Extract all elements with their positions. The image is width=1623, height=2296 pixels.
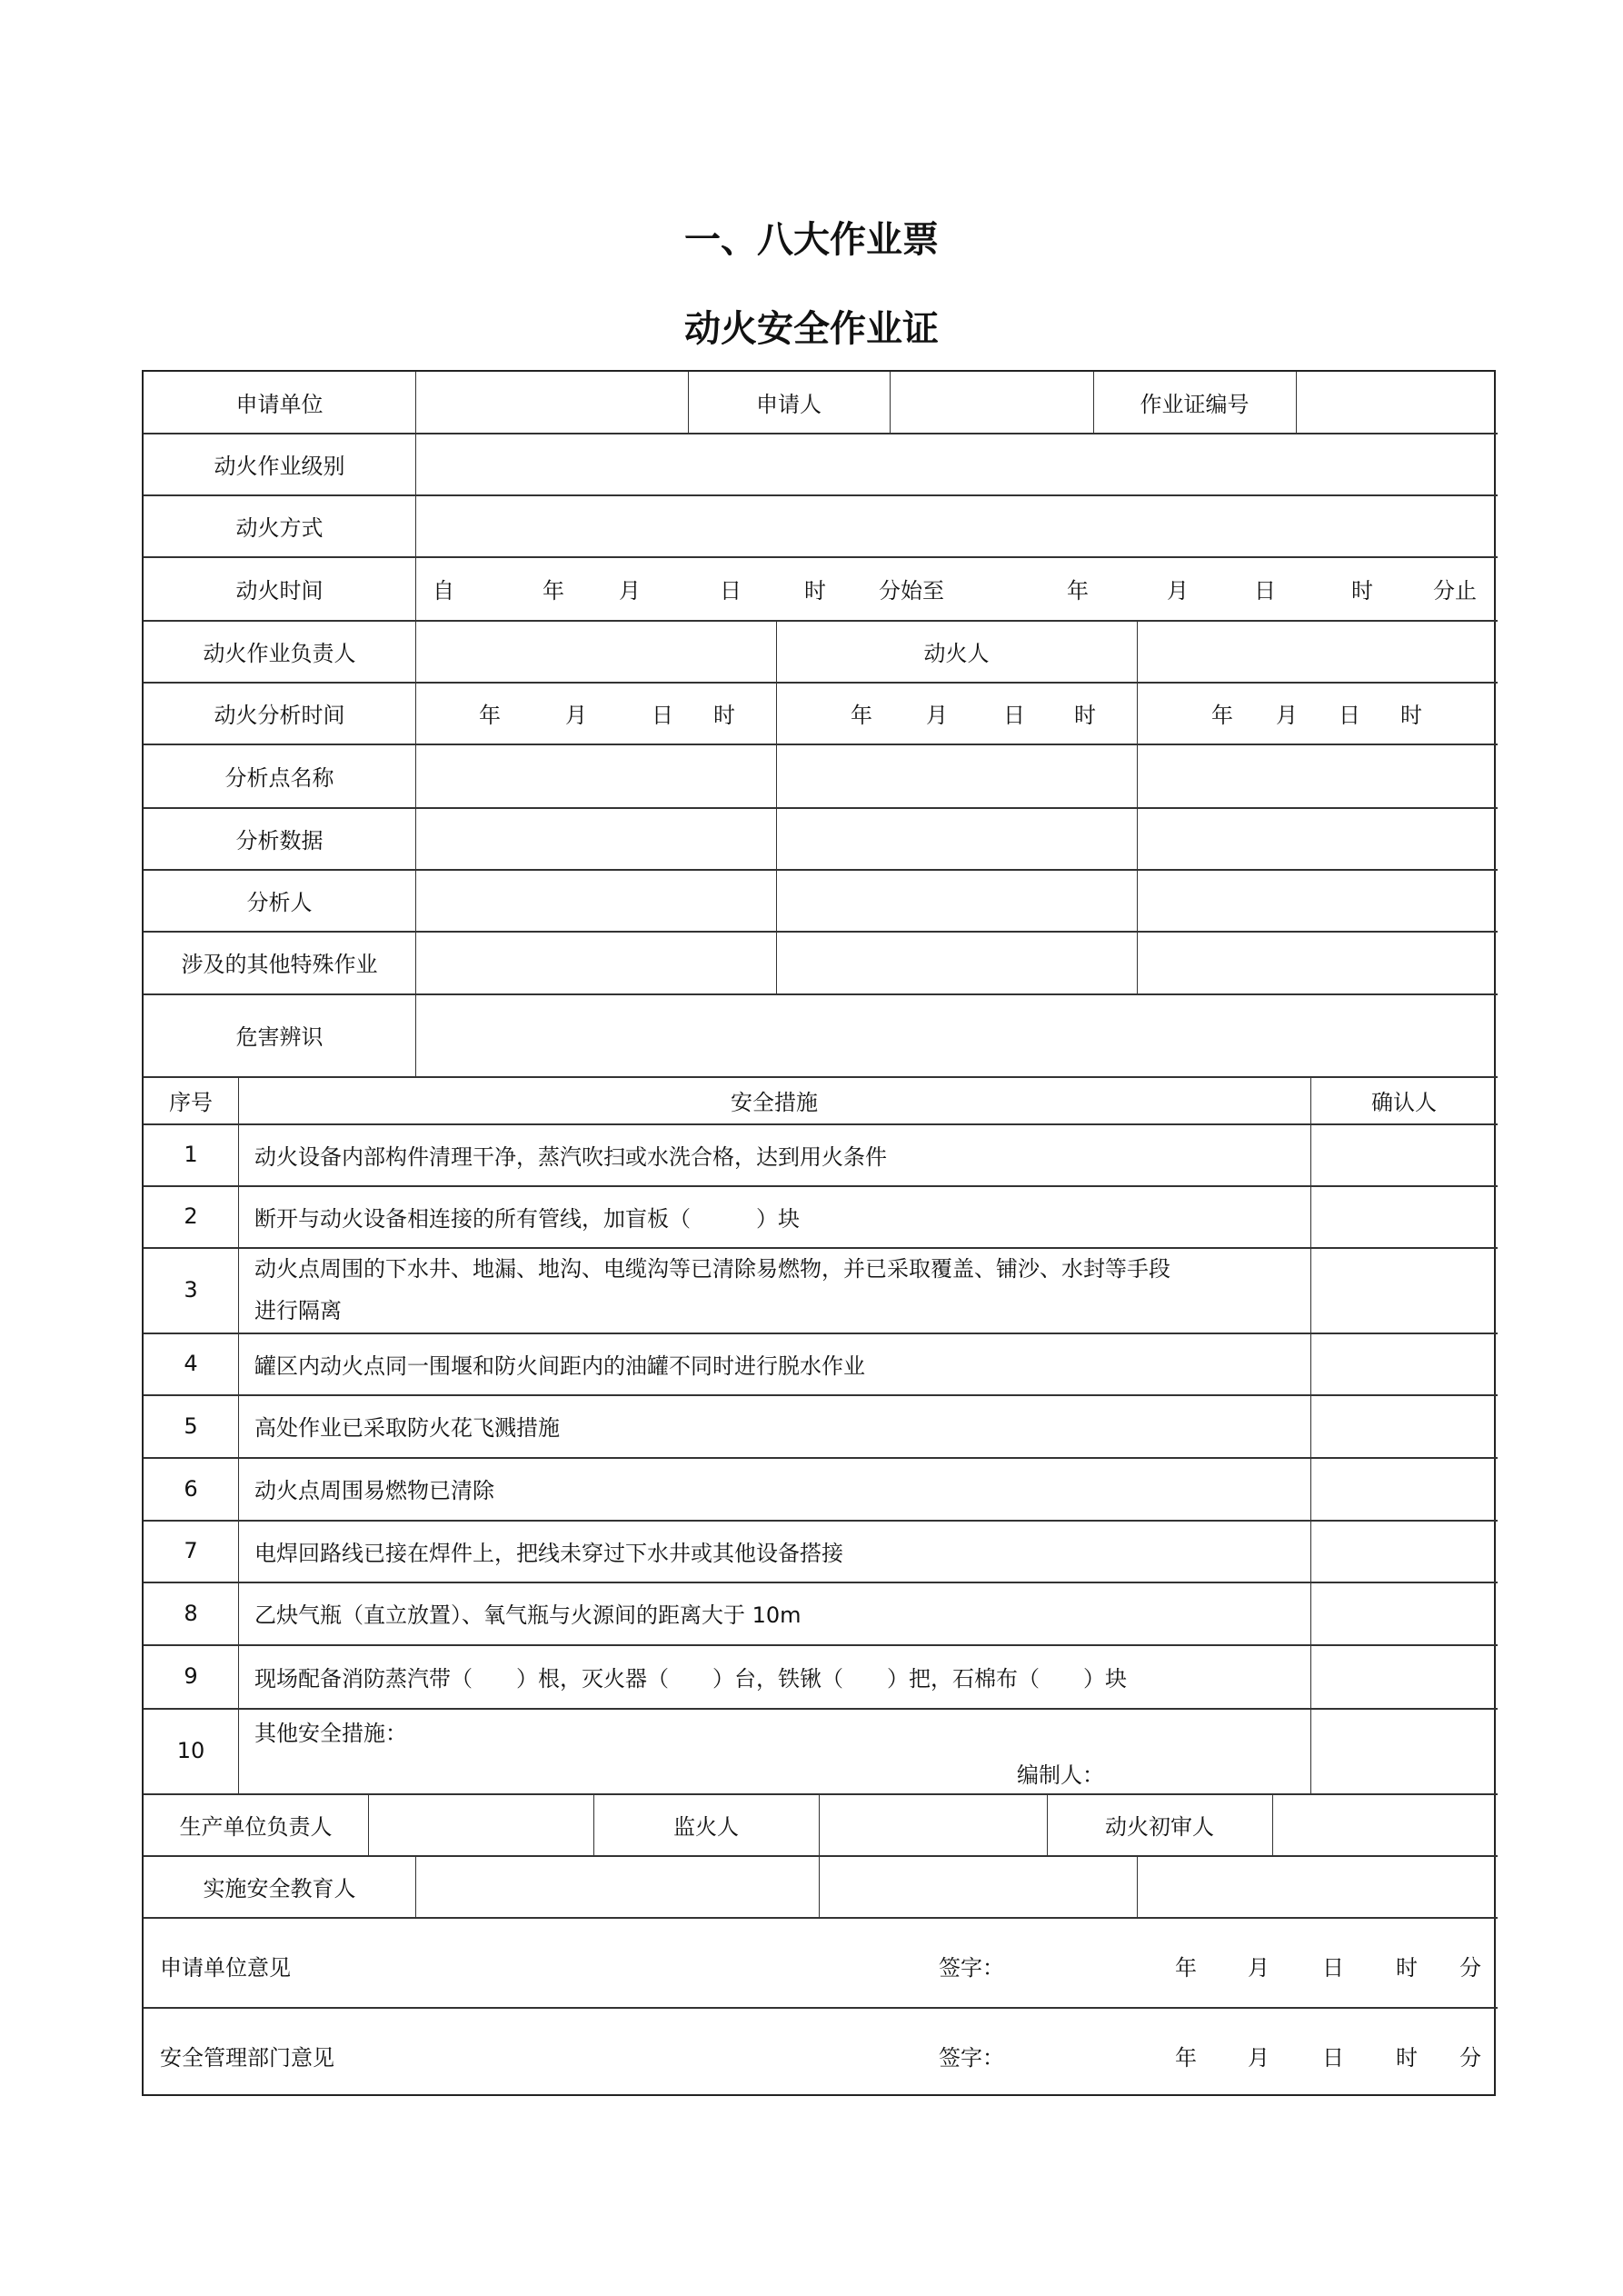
applicant-opinion-row[interactable]: 申请单位意见 签字： 年 月 日 时 分 — [144, 1917, 1498, 2007]
applicant-opinion-label: 申请单位意见 — [160, 1950, 291, 1982]
hour: 时 — [713, 697, 735, 729]
permit-no-label: 作业证编号 — [1093, 372, 1296, 433]
permit-no-field[interactable] — [1296, 372, 1498, 433]
measure-text: 罐区内动火点同一围堰和防火间距内的油罐不同时进行脱水作业 — [238, 1333, 1310, 1394]
section-title: 一、八大作业票 — [0, 211, 1623, 263]
day: 日 — [652, 697, 673, 729]
measure-confirm[interactable] — [1310, 1247, 1498, 1333]
hour: 时 — [1400, 697, 1422, 729]
measure-no: 6 — [144, 1457, 238, 1520]
measure-no: 7 — [144, 1520, 238, 1582]
measure-confirm[interactable] — [1310, 1457, 1498, 1520]
measure-text: 动火设备内部构件清理干净，蒸汽吹扫或水洗合格，达到用火条件 — [238, 1123, 1310, 1185]
month: 月 — [926, 697, 948, 729]
analysis-data-field-3[interactable] — [1137, 807, 1498, 869]
analysis-time-2[interactable]: 年 月 日 时 — [776, 682, 1137, 744]
month: 月 — [1248, 2040, 1270, 2071]
day: 日 — [1339, 697, 1360, 729]
sign-label: 签字： — [939, 1950, 1004, 1982]
worker-field[interactable] — [1137, 620, 1498, 682]
year: 年 — [479, 697, 501, 729]
time-month-end: 月 — [1167, 573, 1189, 604]
other-special-label: 涉及的其他特殊作业 — [144, 931, 415, 993]
time-hour-end: 时 — [1351, 573, 1373, 604]
measure-no: 1 — [144, 1123, 238, 1185]
initial-review-field[interactable] — [1272, 1793, 1498, 1855]
hour: 时 — [1396, 1950, 1418, 1982]
analyst-label: 分析人 — [144, 869, 415, 931]
other-measures-label: 其他安全措施： — [254, 1715, 407, 1747]
applicant-label: 申请人 — [688, 372, 890, 433]
measure-confirm[interactable] — [1310, 1333, 1498, 1394]
compiler-label: 编制人： — [1017, 1757, 1104, 1789]
measure-confirm[interactable] — [1310, 1185, 1498, 1247]
safety-dept-opinion-row[interactable]: 安全管理部门意见 签字： 年 月 日 时 分 — [144, 2007, 1498, 2096]
initial-review-label: 动火初审人 — [1047, 1793, 1272, 1855]
hour: 时 — [1074, 697, 1096, 729]
measure-line-2: 进行隔离 — [254, 1290, 342, 1332]
leader-field[interactable] — [415, 620, 776, 682]
minute: 分 — [1459, 1950, 1481, 1982]
form-title: 动火安全作业证 — [0, 300, 1623, 352]
measures-no-header: 序号 — [144, 1076, 238, 1123]
analysis-point-field-2[interactable] — [776, 744, 1137, 807]
analysis-data-field-1[interactable] — [415, 807, 776, 869]
measure-confirm[interactable] — [1310, 1520, 1498, 1582]
analysis-data-label: 分析数据 — [144, 807, 415, 869]
time-day-end: 日 — [1254, 573, 1276, 604]
fire-watcher-label: 监火人 — [593, 1793, 819, 1855]
year: 年 — [1211, 697, 1233, 729]
measure-confirm[interactable] — [1310, 1394, 1498, 1457]
level-label: 动火作业级别 — [144, 433, 415, 494]
applicant-unit-label: 申请单位 — [144, 372, 415, 433]
time-min-start: 分始至 — [879, 573, 944, 604]
day: 日 — [1322, 1950, 1344, 1982]
education-label: 实施安全教育人 — [144, 1855, 415, 1917]
other-special-field-3[interactable] — [1137, 931, 1498, 993]
measure-no: 3 — [144, 1247, 238, 1333]
time-month: 月 — [619, 573, 641, 604]
time-year-end: 年 — [1067, 573, 1089, 604]
analysis-time-3[interactable]: 年 月 日 时 — [1137, 682, 1498, 744]
measures-header: 安全措施 — [238, 1076, 1310, 1123]
analysis-time-1[interactable]: 年 月 日 时 — [415, 682, 776, 744]
other-special-field-1[interactable] — [415, 931, 776, 993]
time-from: 自 — [433, 573, 454, 604]
time-hour: 时 — [804, 573, 826, 604]
hazard-label: 危害辨识 — [144, 993, 415, 1076]
analysis-point-label: 分析点名称 — [144, 744, 415, 807]
safety-dept-opinion-label: 安全管理部门意见 — [160, 2040, 334, 2071]
measure-no: 5 — [144, 1394, 238, 1457]
analyst-field-2[interactable] — [776, 869, 1137, 931]
time-min-end: 分止 — [1433, 573, 1477, 604]
worker-label: 动火人 — [776, 620, 1137, 682]
time-label: 动火时间 — [144, 556, 415, 620]
fire-watcher-field[interactable] — [819, 1793, 1047, 1855]
measure-text: 现场配备消防蒸汽带（ ）根，灭火器（ ）台，铁锹（ ）把，石棉布（ ）块 — [238, 1644, 1310, 1708]
prod-leader-field[interactable] — [368, 1793, 593, 1855]
measure-confirm[interactable] — [1310, 1123, 1498, 1185]
leader-label: 动火作业负责人 — [144, 620, 415, 682]
education-field-3[interactable] — [1137, 1855, 1498, 1917]
measure-no: 2 — [144, 1185, 238, 1247]
method-label: 动火方式 — [144, 494, 415, 556]
measure-line-1: 动火点周围的下水井、地漏、地沟、电缆沟等已清除易燃物，并已采取覆盖、铺沙、水封等… — [254, 1248, 1170, 1290]
confirm-header: 确认人 — [1310, 1076, 1498, 1123]
hot-work-permit-table: 申请单位 申请人 作业证编号 动火作业级别 动火方式 动火时间 自 年 月 日 … — [142, 370, 1496, 2096]
analyst-field-1[interactable] — [415, 869, 776, 931]
analyst-field-3[interactable] — [1137, 869, 1498, 931]
analysis-data-field-2[interactable] — [776, 807, 1137, 869]
measure-confirm[interactable] — [1310, 1644, 1498, 1708]
month: 月 — [1248, 1950, 1270, 1982]
measure-no: 9 — [144, 1644, 238, 1708]
measure-no: 4 — [144, 1333, 238, 1394]
measure-confirm[interactable] — [1310, 1582, 1498, 1644]
applicant-unit-field[interactable] — [415, 372, 688, 433]
measure-text: 乙炔气瓶（直立放置）、氧气瓶与火源间的距离大于 10m — [238, 1582, 1310, 1644]
year: 年 — [1175, 2040, 1197, 2071]
month: 月 — [565, 697, 587, 729]
measure-text: 动火点周围易燃物已清除 — [238, 1457, 1310, 1520]
measure-text: 电焊回路线已接在焊件上，把线未穿过下水井或其他设备搭接 — [238, 1520, 1310, 1582]
applicant-field[interactable] — [890, 372, 1093, 433]
education-field-1[interactable] — [415, 1855, 819, 1917]
day: 日 — [1003, 697, 1025, 729]
method-field[interactable] — [415, 494, 1498, 556]
measure-other-field[interactable]: 其他安全措施： 编制人： — [238, 1708, 1310, 1793]
time-field[interactable]: 自 年 月 日 时 分始至 年 月 日 时 分止 — [415, 556, 1498, 620]
measure-text: 动火点周围的下水井、地漏、地沟、电缆沟等已清除易燃物，并已采取覆盖、铺沙、水封等… — [238, 1247, 1310, 1333]
time-day: 日 — [720, 573, 742, 604]
other-special-field-2[interactable] — [776, 931, 1137, 993]
measure-no: 10 — [144, 1708, 238, 1793]
year: 年 — [1175, 1950, 1197, 1982]
measure-confirm[interactable] — [1310, 1708, 1498, 1793]
hour: 时 — [1396, 2040, 1418, 2071]
time-year: 年 — [543, 573, 564, 604]
minute: 分 — [1459, 2040, 1481, 2071]
sign-label: 签字： — [939, 2040, 1004, 2071]
analysis-point-field-1[interactable] — [415, 744, 776, 807]
analysis-point-field-3[interactable] — [1137, 744, 1498, 807]
prod-leader-label: 生产单位负责人 — [144, 1793, 368, 1855]
hazard-field[interactable] — [415, 993, 1498, 1076]
day: 日 — [1322, 2040, 1344, 2071]
measure-text: 高处作业已采取防火花飞溅措施 — [238, 1394, 1310, 1457]
measure-text: 断开与动火设备相连接的所有管线，加盲板（ ）块 — [238, 1185, 1310, 1247]
year: 年 — [851, 697, 872, 729]
level-field[interactable] — [415, 433, 1498, 494]
education-field-2[interactable] — [819, 1855, 1137, 1917]
month: 月 — [1276, 697, 1298, 729]
analysis-time-label: 动火分析时间 — [144, 682, 415, 744]
measure-no: 8 — [144, 1582, 238, 1644]
